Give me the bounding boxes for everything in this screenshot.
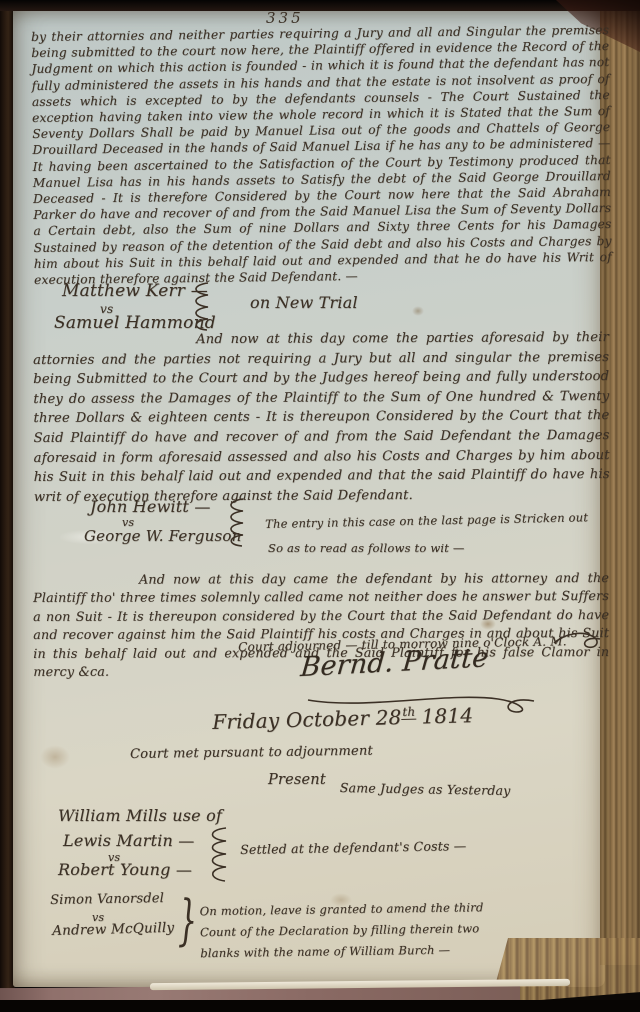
session-date-prefix: Friday October 28: [212, 705, 402, 734]
case-party-plaintiff: John Hewitt —: [90, 497, 211, 516]
session-date-heading: Friday October 28th1814: [212, 703, 474, 734]
case-party-defendant: Robert Young —: [58, 860, 192, 879]
present-judges-note: Same Judges as Yesterday: [340, 780, 511, 798]
court-record-paragraph-parker-v-lisa: by their attornies and neither parties r…: [31, 22, 612, 288]
case-annotation: on New Trial: [250, 293, 358, 312]
coil-flourish-icon: [187, 280, 213, 336]
case-party-defendant: Andrew McQuilly: [52, 920, 174, 939]
book-photo: 335 by their attornies and neither parti…: [0, 0, 640, 1012]
case-party-plaintiff: Lewis Martin —: [63, 831, 195, 850]
page-number: 335: [266, 9, 304, 27]
brace-flourish: }: [178, 890, 197, 952]
court-record-paragraph-kerr-v-hammond: And now at this day come the parties afo…: [33, 328, 610, 507]
pen-flourish-icon: [552, 628, 604, 656]
case-party-use-of: William Mills use of: [58, 806, 222, 825]
court-met-line: Court met pursuant to adjournment: [130, 744, 373, 762]
coil-flourish-icon: [222, 496, 248, 552]
session-date-ordinal: th: [401, 705, 416, 720]
case-annotation: On motion, leave is granted to amend the…: [200, 897, 517, 964]
case-annotation-line2: So as to read as follows to wit —: [268, 541, 465, 555]
case-party-defendant: George W. Ferguson: [84, 527, 242, 545]
present-label: Present: [268, 772, 326, 788]
session-date-year: 1814: [421, 703, 473, 728]
case-annotation: Settled at the defendant's Costs —: [240, 838, 467, 857]
page-content: 335 by their attornies and neither parti…: [0, 0, 640, 1012]
coil-flourish-icon: [202, 824, 232, 888]
case-party-plaintiff: Simon Vanorsdel: [50, 891, 164, 908]
case-annotation-line1: The entry in this case on the last page …: [265, 510, 588, 531]
